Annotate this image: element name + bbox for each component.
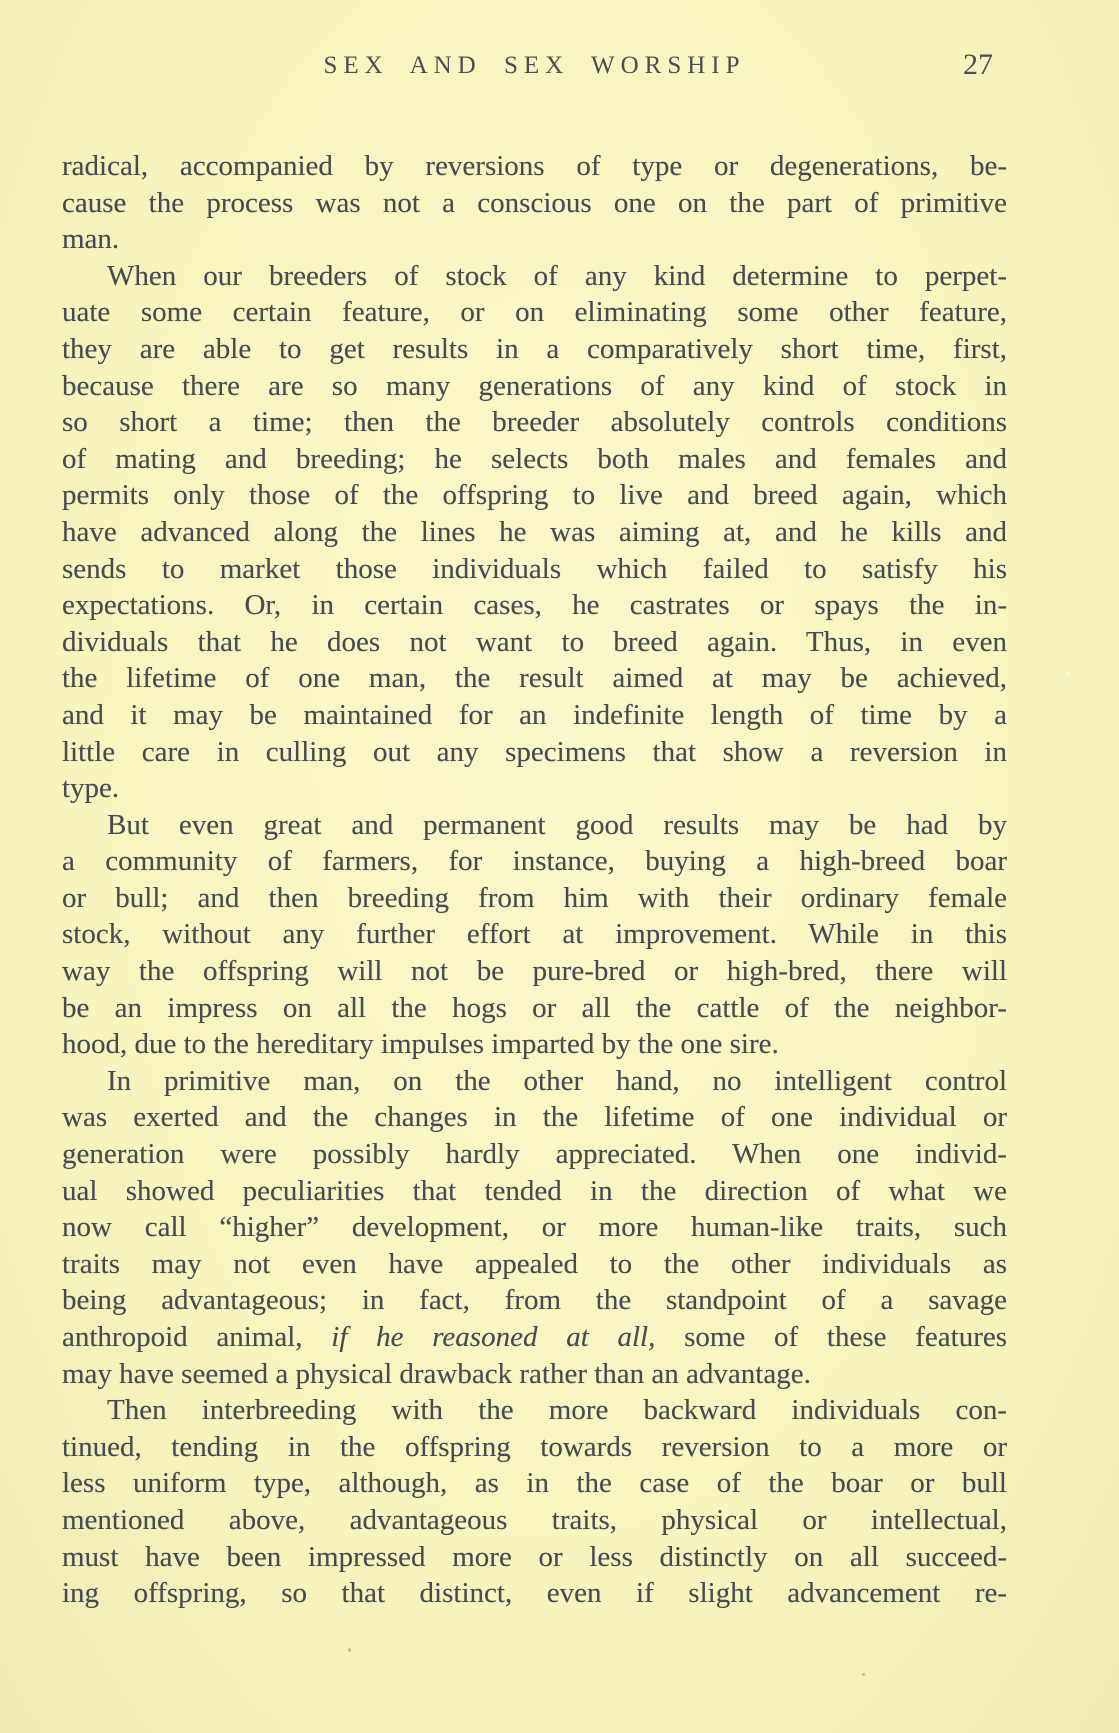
text-line: hood, due to the hereditary impulses imp…: [62, 1026, 1007, 1063]
paragraph-primitive-man: In primitive man, on the other hand, no …: [62, 1063, 1007, 1392]
text-line: less uniform type, although, as in the c…: [62, 1465, 1007, 1502]
text-line: stock, without any further effort at imp…: [62, 916, 1007, 953]
paragraph-community: But even great and permanent good result…: [62, 807, 1007, 1063]
page-text: radical, accompanied by reversions of ty…: [62, 148, 1007, 1612]
paper-speck: [862, 1673, 865, 1676]
text-line: ual showed peculiarities that tended in …: [62, 1173, 1007, 1210]
text-line: so short a time; then the breeder absolu…: [62, 404, 1007, 441]
text-line: now call “higher” development, or more h…: [62, 1209, 1007, 1246]
text-line: permits only those of the offspring to l…: [62, 477, 1007, 514]
italic-phrase: if he reasoned at all,: [331, 1321, 655, 1353]
text-line: But even great and permanent good result…: [62, 807, 1007, 844]
text-line: or bull; and then breeding from him with…: [62, 880, 1007, 917]
running-header: SEX AND SEX WORSHIP 27: [62, 52, 1007, 92]
text-line: expectations. Or, in certain cases, he c…: [62, 587, 1007, 624]
text-line: tinued, tending in the offspring towards…: [62, 1429, 1007, 1466]
text-line: man.: [62, 221, 1007, 258]
text-line: they are able to get results in a compar…: [62, 331, 1007, 368]
book-page-scan: SEX AND SEX WORSHIP 27 radical, accompan…: [0, 0, 1119, 1733]
text-line: the lifetime of one man, the result aime…: [62, 660, 1007, 697]
text-line: uate some certain feature, or on elimina…: [62, 294, 1007, 331]
text-line: ing offspring, so that distinct, even if…: [62, 1575, 1007, 1612]
text-line: Then interbreeding with the more backwar…: [62, 1392, 1007, 1429]
text-line: traits may not even have appealed to the…: [62, 1246, 1007, 1283]
text-line: dividuals that he does not want to breed…: [62, 624, 1007, 661]
text-line: being advantageous; in fact, from the st…: [62, 1282, 1007, 1319]
paragraph-interbreeding: Then interbreeding with the more backwar…: [62, 1392, 1007, 1612]
paper-speck: [348, 1648, 351, 1652]
text-segment: anthropoid animal,: [62, 1321, 331, 1353]
text-line: because there are so many generations of…: [62, 368, 1007, 405]
text-line: a community of farmers, for instance, bu…: [62, 843, 1007, 880]
text-line: generation were possibly hardly apprecia…: [62, 1136, 1007, 1173]
paragraph-continuation: radical, accompanied by reversions of ty…: [62, 148, 1007, 258]
text-line: was exerted and the changes in the lifet…: [62, 1099, 1007, 1136]
text-line: mentioned above, advantageous traits, ph…: [62, 1502, 1007, 1539]
text-line: little care in culling out any specimens…: [62, 734, 1007, 771]
text-line: and it may be maintained for an indefini…: [62, 697, 1007, 734]
text-line: cause the process was not a conscious on…: [62, 185, 1007, 222]
text-line-with-italic: anthropoid animal, if he reasoned at all…: [62, 1319, 1007, 1356]
text-segment: some of these features: [655, 1321, 1007, 1353]
running-title: SEX AND SEX WORSHIP: [62, 52, 1007, 80]
text-line: of mating and breeding; he selects both …: [62, 441, 1007, 478]
text-line: have advanced along the lines he was aim…: [62, 514, 1007, 551]
text-line: way the offspring will not be pure-bred …: [62, 953, 1007, 990]
text-line: be an impress on all the hogs or all the…: [62, 990, 1007, 1027]
text-line: must have been impressed more or less di…: [62, 1539, 1007, 1576]
text-line: type.: [62, 770, 1007, 807]
text-line: may have seemed a physical drawback rath…: [62, 1356, 1007, 1393]
text-line: When our breeders of stock of any kind d…: [62, 258, 1007, 295]
text-line: sends to market those individuals which …: [62, 551, 1007, 588]
text-line: In primitive man, on the other hand, no …: [62, 1063, 1007, 1100]
paper-speck: [1065, 672, 1069, 675]
paragraph-breeders: When our breeders of stock of any kind d…: [62, 258, 1007, 807]
text-line: radical, accompanied by reversions of ty…: [62, 148, 1007, 185]
page-number: 27: [963, 48, 993, 82]
